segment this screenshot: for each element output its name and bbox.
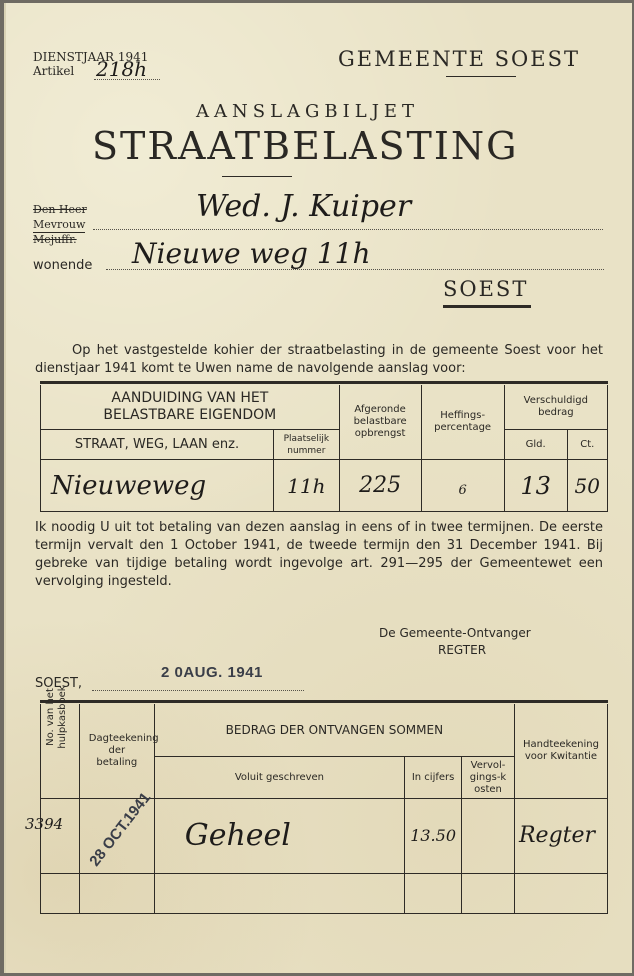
header-date-text: Dagteekening der betaling xyxy=(89,733,145,769)
wonende-label: wonende xyxy=(33,258,92,273)
cell-percentage: 6 xyxy=(421,460,504,512)
receipt-table: No. van het hulpkasboek Dagteekening der… xyxy=(40,704,608,914)
salutation-mejuffr: Mejuffr. xyxy=(33,233,77,247)
receipt-no-text: 3394 xyxy=(25,815,63,833)
artikel-field: 218h xyxy=(94,65,160,80)
cell-figures: 13.50 xyxy=(405,799,462,874)
signatory-title: De Gemeente-Ontvanger xyxy=(379,626,531,640)
payment-paragraph: Ik noodig U uit tot betaling van dezen a… xyxy=(35,519,603,591)
cell-yield: 225 xyxy=(339,460,421,512)
header-written: Voluit geschreven xyxy=(154,756,404,798)
header-costs: Vervol-gings-kosten xyxy=(462,756,515,798)
cell-street: Nieuweweg xyxy=(41,460,274,512)
cell-costs xyxy=(462,799,515,874)
cell-signature: Regter xyxy=(514,799,607,874)
signatory-name: REGTER xyxy=(438,643,486,657)
artikel-label: Artikel xyxy=(33,64,74,78)
municipality-title: GEMEENTE SOEST xyxy=(338,47,580,71)
header-signature: Handteekening voor Kwitantie xyxy=(514,704,607,799)
document-title: STRAATBELASTING xyxy=(92,124,518,168)
receipt-top-rule xyxy=(40,700,608,703)
assessment-table: AANDUIDING VAN HET BELASTBARE EIGENDOM A… xyxy=(40,385,608,512)
artikel-value: 218h xyxy=(96,57,147,81)
header-figures: In cijfers xyxy=(405,756,462,798)
cell-receipt-no-empty xyxy=(41,873,80,913)
header-amount-group: Verschuldigd bedrag xyxy=(504,385,607,430)
city-name: SOEST xyxy=(443,277,528,301)
header-costs-text: Vervol-gings-kosten xyxy=(468,760,508,796)
cell-gld: 13 xyxy=(504,460,567,512)
addressee-address: Nieuwe weg 11h xyxy=(132,237,371,270)
receipt-row: 3394 28 OCT.1941 Geheel 13.50 Regter xyxy=(41,799,608,874)
header-signature-text: Handteekening voor Kwitantie xyxy=(518,739,604,763)
header-street: STRAAT, WEG, LAAN enz. xyxy=(41,430,274,460)
header-no-text: No. van het hulpkasboek xyxy=(45,677,69,757)
assessment-row: Nieuweweg 11h 225 6 13 50 xyxy=(41,460,608,512)
receipt-row-empty xyxy=(41,873,608,913)
header-number: Plaatselijk nummer xyxy=(274,430,340,460)
header-property-group-text: AANDUIDING VAN HET BELASTBARE EIGENDOM xyxy=(80,390,300,424)
cell-costs-empty xyxy=(462,873,515,913)
header-property-group: AANDUIDING VAN HET BELASTBARE EIGENDOM xyxy=(41,385,340,430)
title-underline xyxy=(446,76,516,77)
cell-number: 11h xyxy=(274,460,340,512)
header-no: No. van het hulpkasboek xyxy=(41,704,80,799)
cell-receipt-no: 3394 xyxy=(41,799,80,874)
cell-payment-date: 28 OCT.1941 xyxy=(79,799,154,874)
header-yield-text: Afgeronde belastbare opbrengst xyxy=(350,404,410,440)
header-yield: Afgeronde belastbare opbrengst xyxy=(339,385,421,460)
salutation-den-heer: Den Heer xyxy=(33,203,87,217)
payment-date-stamp: 28 OCT.1941 xyxy=(86,790,154,870)
document-type: AANSLAGBILJET xyxy=(196,101,419,122)
header-date: Dagteekening der betaling xyxy=(79,704,154,799)
cell-written: Geheel xyxy=(154,799,404,874)
cell-written-empty xyxy=(154,873,404,913)
intro-paragraph: Op het vastgestelde kohier der straatbel… xyxy=(35,342,603,378)
header-percentage-text: Heffings-percentage xyxy=(433,410,493,434)
cell-signature-empty xyxy=(514,873,607,913)
issue-date-stamp: 2 0AUG. 1941 xyxy=(161,664,263,681)
title-rule xyxy=(222,176,292,177)
city-underline xyxy=(443,305,531,308)
header-amounts-group: BEDRAG DER ONTVANGEN SOMMEN xyxy=(154,704,514,756)
salutation-mevrouw: Mevrouw xyxy=(33,218,85,233)
header-gld: Gld. xyxy=(504,430,567,460)
table-top-rule xyxy=(40,381,608,384)
cell-figures-empty xyxy=(405,873,462,913)
header-amount-group-text: Verschuldigd bedrag xyxy=(516,395,596,419)
cell-payment-date-empty xyxy=(79,873,154,913)
header-percentage: Heffings-percentage xyxy=(421,385,504,460)
header-ct: Ct. xyxy=(567,430,607,460)
tax-assessment-document: DIENSTJAAR 1941 Artikel 218h GEMEENTE SO… xyxy=(4,3,632,973)
cell-ct: 50 xyxy=(567,460,607,512)
addressee-name: Wed. J. Kuiper xyxy=(196,189,411,224)
